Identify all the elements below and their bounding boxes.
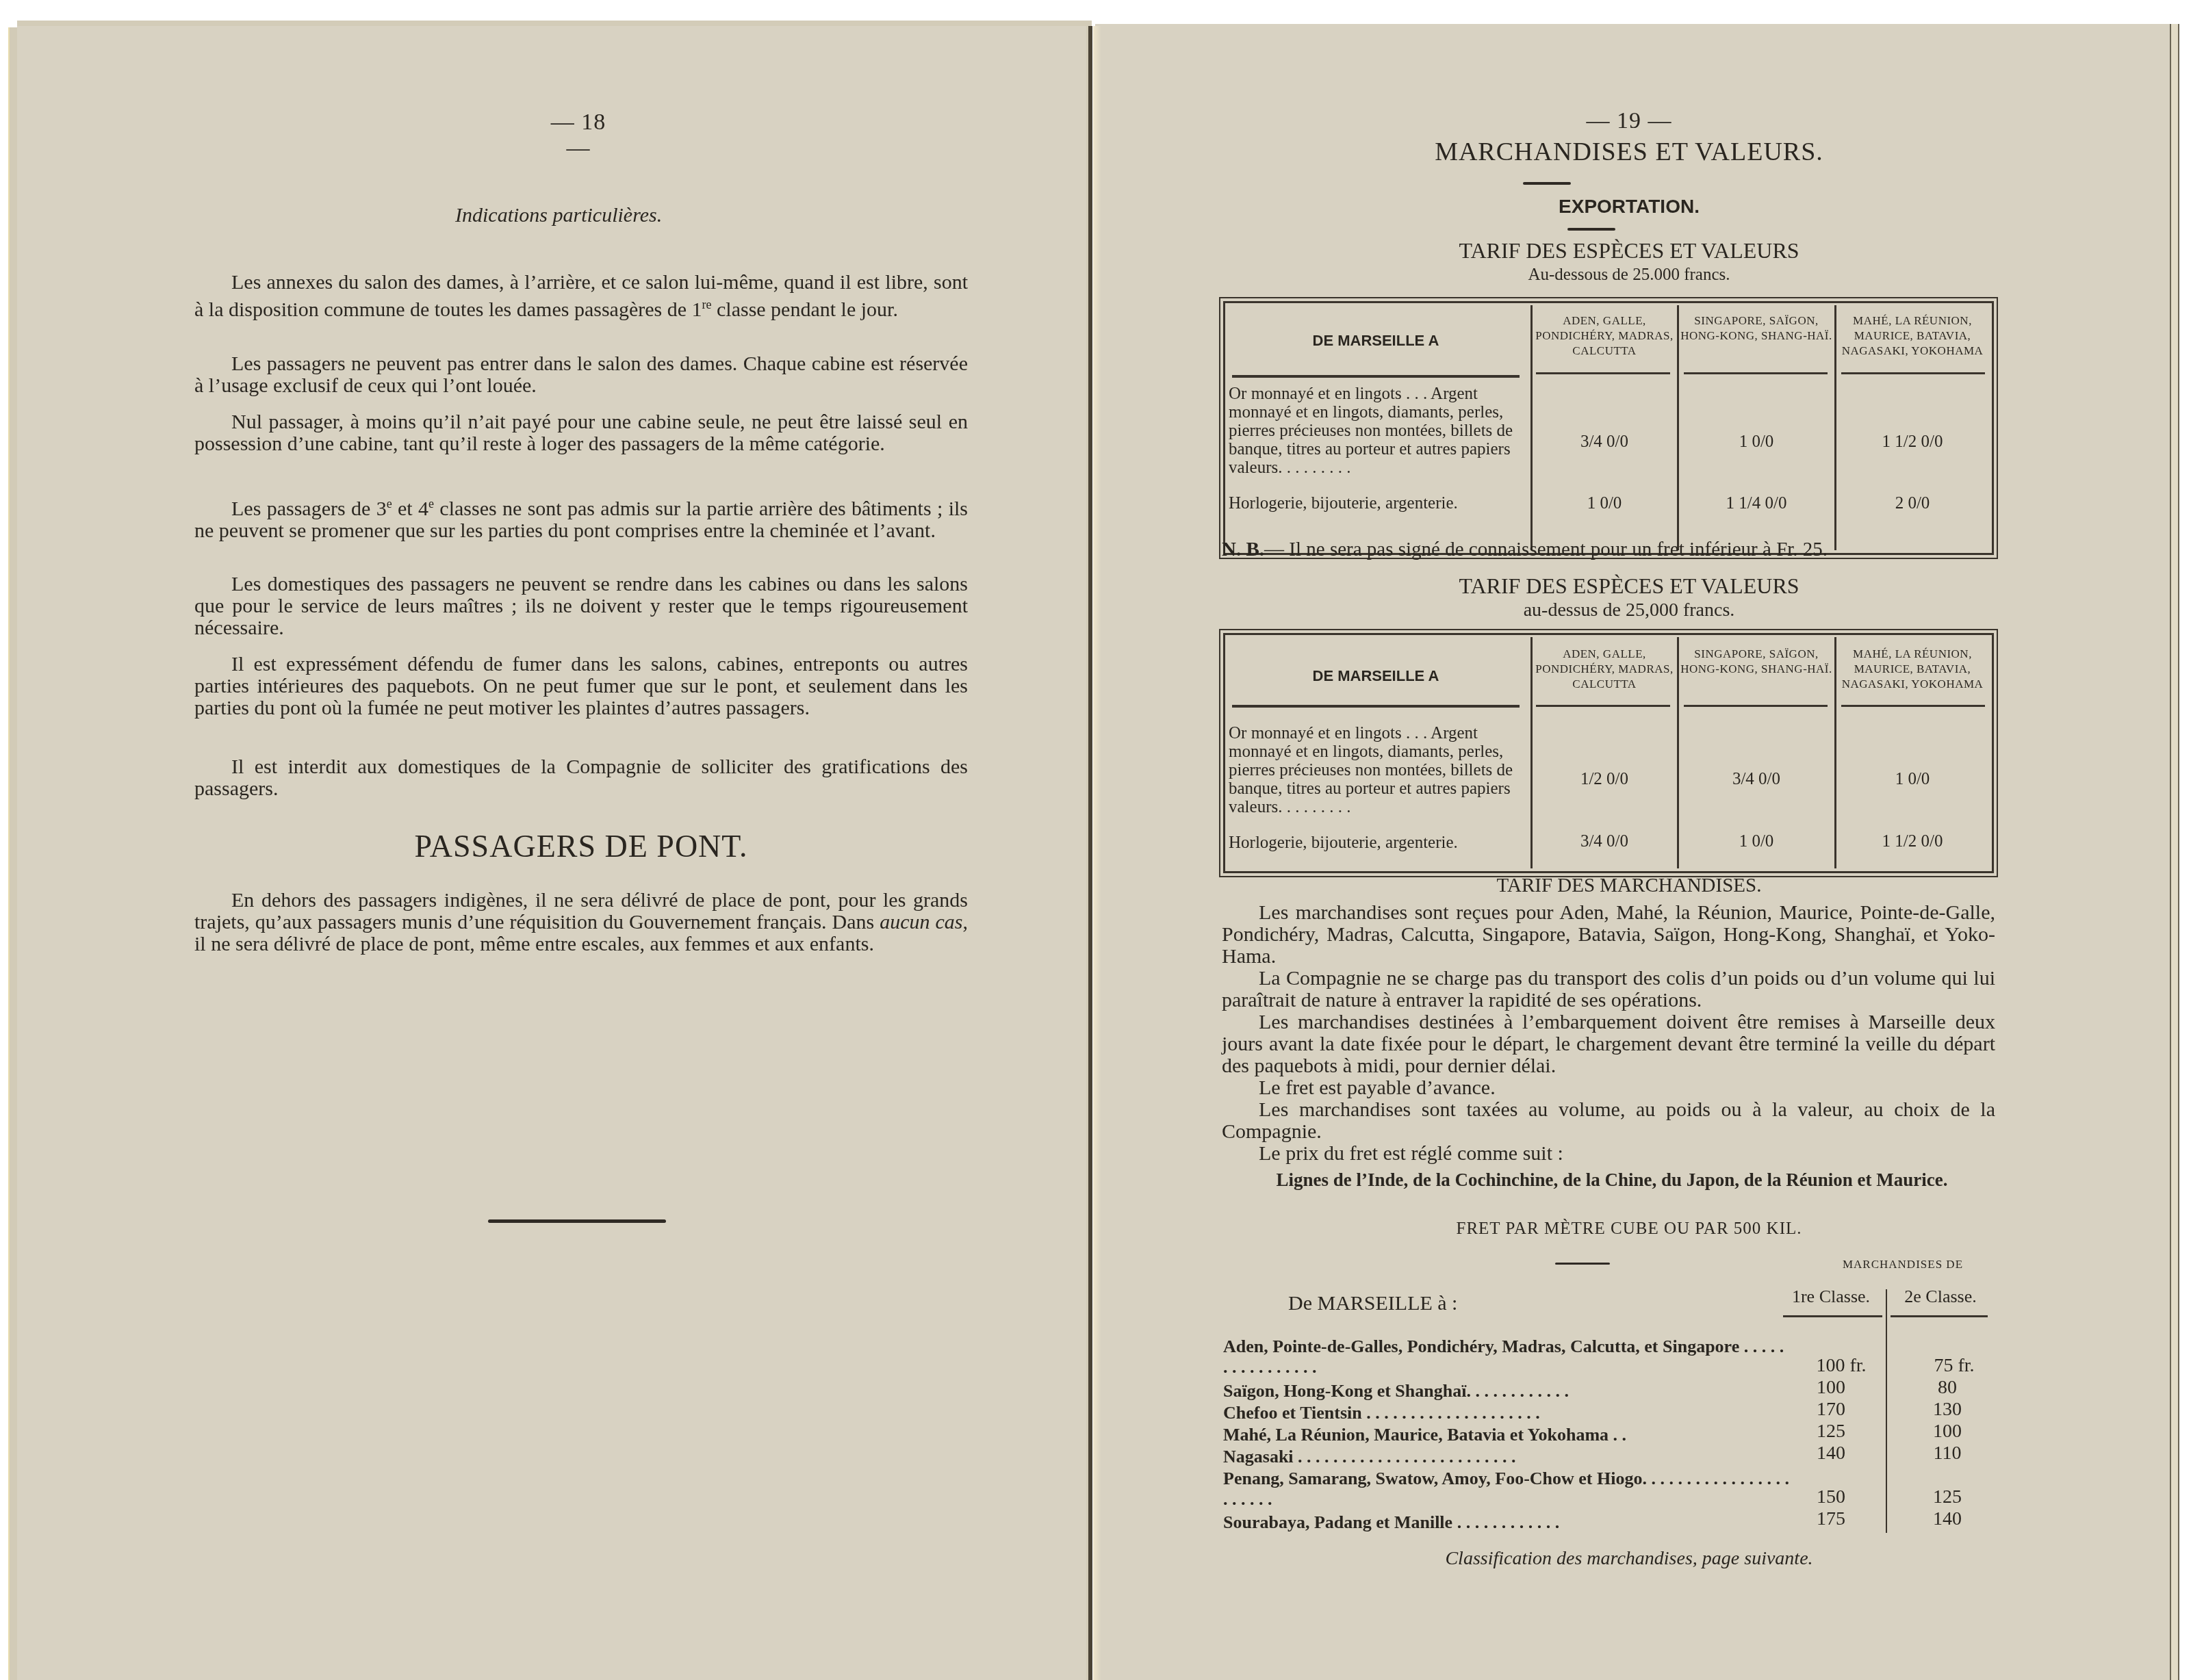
rate-value: 1 1/2 0/0 (1837, 432, 1988, 452)
book-gutter (1088, 26, 1092, 1680)
column-divider (1677, 305, 1679, 550)
table2-subtitle: au-dessus de 25,000 francs. (1300, 599, 1958, 621)
rate-row: Nagasaki . . . . . . . . . . . . . . . .… (1223, 1447, 1791, 1467)
group-header: MARCHANDISES DE (1814, 1258, 1992, 1271)
column-divider (1834, 637, 1836, 868)
header-underline (1536, 705, 1670, 707)
gutter-highlight (1093, 26, 1101, 1680)
row-label: Or monnayé et en lingots . . . Argent mo… (1229, 385, 1523, 477)
section-divider (488, 1219, 666, 1223)
footer-note: Classification des marchandises, page su… (1300, 1548, 1958, 1570)
column-header: MAHÉ, LA RÉUNION, MAURICE, BATAVIA, NAGA… (1837, 313, 1988, 359)
page-title: MARCHANDISES ET VALEURS. (1300, 137, 1958, 167)
paragraph: Les annexes du salon des dames, à l’arri… (194, 272, 968, 321)
header-underline (1891, 1315, 1988, 1317)
table1-subtitle: Au-dessous de 25.000 francs. (1300, 266, 1958, 285)
rate-row: Aden, Pointe-de-Galles, Pondichéry, Madr… (1223, 1336, 1791, 1378)
paragraph: Les domestiques des passagers ne peuvent… (194, 573, 968, 639)
table2-title: TARIF DES ESPÈCES ET VALEURS (1300, 573, 1958, 599)
header-underline (1783, 1315, 1882, 1317)
table-header-origin: DE MARSEILLE A (1232, 667, 1520, 685)
exportation-heading: EXPORTATION. (1300, 196, 1958, 218)
row-label: Or monnayé et en lingots . . . Argent mo… (1229, 724, 1523, 816)
rate-value: 1 0/0 (1680, 432, 1833, 452)
class2-rate: 100 (1910, 1421, 1985, 1443)
from-label: De MARSEILLE à : (1288, 1292, 1457, 1315)
paragraph: Les marchandises destinées à l’embarquem… (1222, 1011, 1995, 1077)
paragraph: Nul passager, à moins qu’il n’ait payé p… (194, 411, 968, 455)
left-page-number: — 18 — (541, 109, 616, 161)
class1-rate: 170 (1793, 1399, 1869, 1421)
rate-value: 3/4 0/0 (1533, 432, 1676, 452)
rate-value: 1 1/2 0/0 (1837, 832, 1988, 851)
column-divider (1834, 305, 1836, 550)
column-divider (1530, 305, 1533, 550)
paragraph: La Compagnie ne se charge pas du transpo… (1222, 968, 1995, 1011)
class2-rate: 110 (1910, 1443, 1985, 1464)
rate-value: 1/2 0/0 (1533, 770, 1676, 789)
rate-value: 1 0/0 (1837, 770, 1988, 789)
class1-rate: 175 (1793, 1508, 1869, 1530)
header-underline (1536, 372, 1670, 374)
rate-value: 1 0/0 (1533, 494, 1676, 513)
header-underline (1841, 705, 1985, 707)
rate-row: Mahé, La Réunion, Maurice, Batavia et Yo… (1223, 1425, 1791, 1445)
nota-bene: N. B.— Il ne sera pas signé de connaisse… (1222, 539, 1995, 561)
rate-value: 1 0/0 (1680, 832, 1833, 851)
header-underline (1684, 705, 1828, 707)
merchandise-title: TARIF DES MARCHANDISES. (1300, 875, 1958, 897)
lines-heading: Lignes de l’Inde, de la Cochinchine, de … (1253, 1169, 1971, 1191)
title-rule (1523, 182, 1571, 185)
table1-title: TARIF DES ESPÈCES ET VALEURS (1300, 238, 1958, 263)
class1-rate: 150 (1793, 1486, 1869, 1508)
header-underline (1684, 372, 1828, 374)
rate-value: 1 1/4 0/0 (1680, 494, 1833, 513)
paragraph: Les marchandises sont reçues pour Aden, … (1222, 902, 1995, 968)
column-divider (1886, 1289, 1887, 1533)
class1-rate: 100 (1793, 1377, 1869, 1399)
row-label: Horlogerie, bijouterie, argenterie. (1229, 494, 1523, 513)
header-underline (1841, 372, 1985, 374)
rate-row: Penang, Samarang, Swatow, Amoy, Foo-Chow… (1223, 1469, 1791, 1510)
column-header: ADEN, GALLE, PONDICHÉRY, MADRAS, CALCUTT… (1533, 313, 1676, 359)
rate-row: Chefoo et Tientsin . . . . . . . . . . .… (1223, 1403, 1791, 1423)
column-header: SINGAPORE, SAÏGON, HONG-KONG, SHANG-HAÏ. (1680, 647, 1833, 677)
class2-rate: 75 fr. (1917, 1355, 1992, 1377)
class1-header: 1re Classe. (1780, 1287, 1882, 1307)
deck-paragraph: En dehors des passagers indigènes, il ne… (194, 890, 968, 955)
rate-value: 2 0/0 (1837, 494, 1988, 513)
table-header-origin: DE MARSEILLE A (1232, 332, 1520, 350)
header-underline (1232, 705, 1520, 708)
class2-rate: 140 (1910, 1508, 1985, 1530)
paragraph: Les passagers de 3e et 4e classes ne son… (194, 493, 968, 542)
fret-rule (1555, 1263, 1610, 1265)
rate-value: 3/4 0/0 (1680, 770, 1833, 789)
text-run: En dehors des passagers indigènes, il ne… (194, 889, 968, 933)
column-divider (1677, 637, 1679, 868)
class2-rate: 80 (1910, 1377, 1985, 1399)
paragraph: Le prix du fret est réglé comme suit : (1222, 1143, 1995, 1165)
emphasis-text: aucun cas (880, 911, 962, 933)
paragraph: Il est interdit aux domestiques de la Co… (194, 756, 968, 800)
right-page-edge (2170, 24, 2179, 1680)
paragraph: Le fret est payable d’avance. (1222, 1077, 1995, 1099)
class1-rate: 140 (1793, 1443, 1869, 1464)
class1-rate: 100 fr. (1804, 1355, 1879, 1377)
header-underline (1232, 375, 1520, 378)
paragraph: Les passagers ne peuvent pas entrer dans… (194, 353, 968, 397)
column-divider (1530, 637, 1533, 868)
subtitle-rule (1567, 228, 1615, 231)
rate-value: 3/4 0/0 (1533, 832, 1676, 851)
class2-rate: 130 (1910, 1399, 1985, 1421)
fret-heading: FRET PAR MÈTRE CUBE OU PAR 500 KIL. (1300, 1219, 1958, 1239)
rate-row: Saïgon, Hong-Kong et Shanghaï. . . . . .… (1223, 1381, 1791, 1401)
class1-rate: 125 (1793, 1421, 1869, 1443)
deck-heading: PASSAGERS DE PONT. (194, 828, 968, 864)
column-header: MAHÉ, LA RÉUNION, MAURICE, BATAVIA, NAGA… (1837, 647, 1988, 692)
section-heading: Indications particulières. (455, 204, 662, 227)
class2-header: 2e Classe. (1889, 1287, 1992, 1307)
nb-text: — Il ne sera pas signé de connaissement … (1264, 539, 1828, 560)
class2-rate: 125 (1910, 1486, 1985, 1508)
column-header: SINGAPORE, SAÏGON, HONG-KONG, SHANG-HAÏ. (1680, 313, 1833, 344)
column-header: ADEN, GALLE, PONDICHÉRY, MADRAS, CALCUTT… (1533, 647, 1676, 692)
rate-row: Sourabaya, Padang et Manille . . . . . .… (1223, 1512, 1791, 1533)
nb-label: N. B. (1222, 539, 1264, 560)
paragraph: Les marchandises sont taxées au volume, … (1222, 1099, 1995, 1143)
paragraph: Il est expressément défendu de fumer dan… (194, 654, 968, 719)
right-page-number: — 19 — (1574, 108, 1684, 134)
row-label: Horlogerie, bijouterie, argenterie. (1229, 833, 1523, 852)
